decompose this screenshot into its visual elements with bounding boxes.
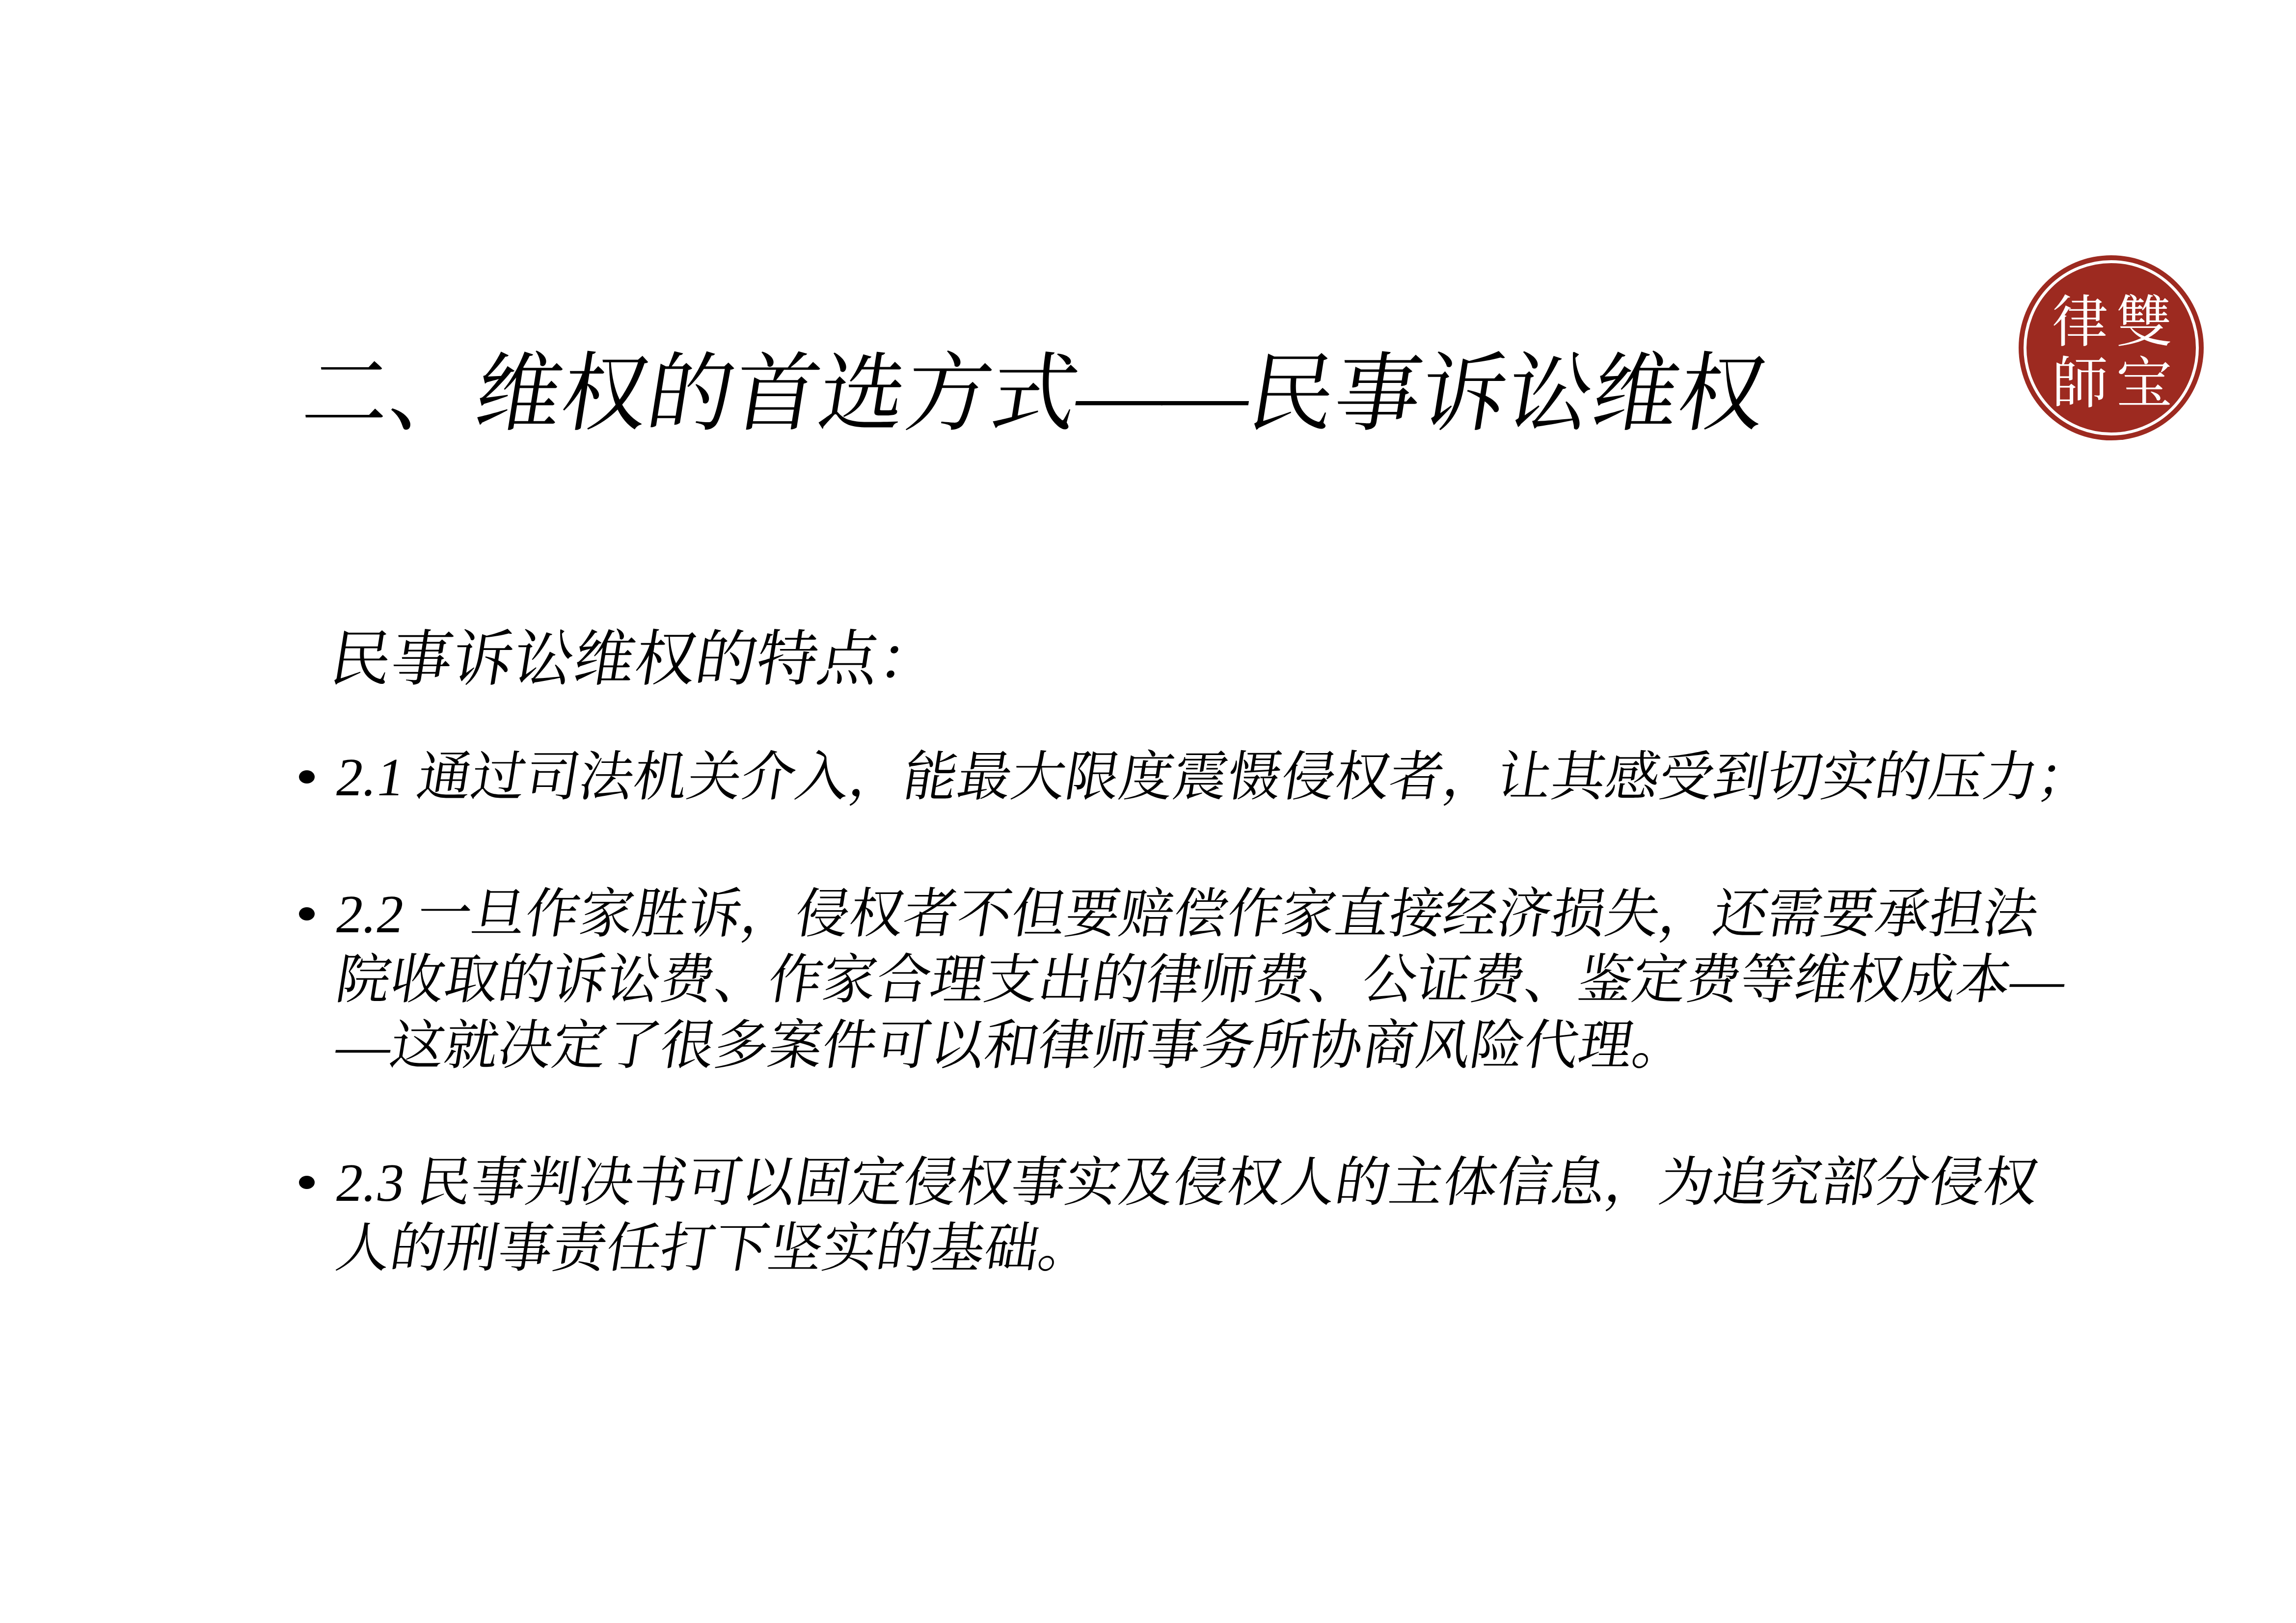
subtitle: 民事诉讼维权的特点： — [326, 629, 945, 690]
bullet-dot-icon — [299, 907, 315, 920]
seal-char-bottom-left: 師 — [2052, 356, 2108, 412]
bullet-item-2-2: 2.2 一旦作家胜诉，侵权者不但要赔偿作家直接经济损失，还需要承担法 院收取的诉… — [299, 881, 2145, 1079]
slide: 二、维权的首选方式——民事诉讼维权 律 雙 師 宝 民事诉讼维权的特点： 2.1… — [0, 0, 2296, 1623]
seal-char-bottom-right: 宝 — [2116, 356, 2172, 412]
law-firm-seal-logo: 律 雙 師 宝 — [2019, 255, 2204, 440]
page-title: 二、维权的首选方式——民事诉讼维权 — [297, 352, 1772, 437]
bullet-dot-icon — [299, 1176, 315, 1189]
bullet-item-2-1: 2.1 通过司法机关介入，能最大限度震慑侵权者，让其感受到切实的压力； — [299, 744, 2145, 810]
seal-char-top-right: 雙 — [2116, 295, 2172, 351]
seal-characters: 律 雙 師 宝 — [2019, 255, 2204, 440]
bullet-text-line: 人的刑事责任打下坚实的基础。 — [331, 1216, 2150, 1281]
bullet-item-2-3: 2.3 民事判决书可以固定侵权事实及侵权人的主体信息，为追究部分侵权 人的刑事责… — [299, 1150, 2145, 1281]
bullet-text-line: 院收取的诉讼费、作家合理支出的律师费、公证费、鉴定费等维权成本— — [331, 947, 2150, 1013]
bullet-list: 2.1 通过司法机关介入，能最大限度震慑侵权者，让其感受到切实的压力； 2.2 … — [299, 744, 2145, 1352]
bullet-text-line: 2.2 一旦作家胜诉，侵权者不但要赔偿作家直接经济损失，还需要承担法 — [331, 881, 2150, 947]
bullet-text-line: 2.1 通过司法机关介入，能最大限度震慑侵权者，让其感受到切实的压力； — [331, 744, 2150, 810]
bullet-dot-icon — [299, 770, 315, 784]
seal-char-top-left: 律 — [2052, 295, 2108, 351]
bullet-text-line: —这就决定了很多案件可以和律师事务所协商风险代理。 — [331, 1013, 2150, 1079]
bullet-text-line: 2.3 民事判决书可以固定侵权事实及侵权人的主体信息，为追究部分侵权 — [331, 1150, 2150, 1216]
